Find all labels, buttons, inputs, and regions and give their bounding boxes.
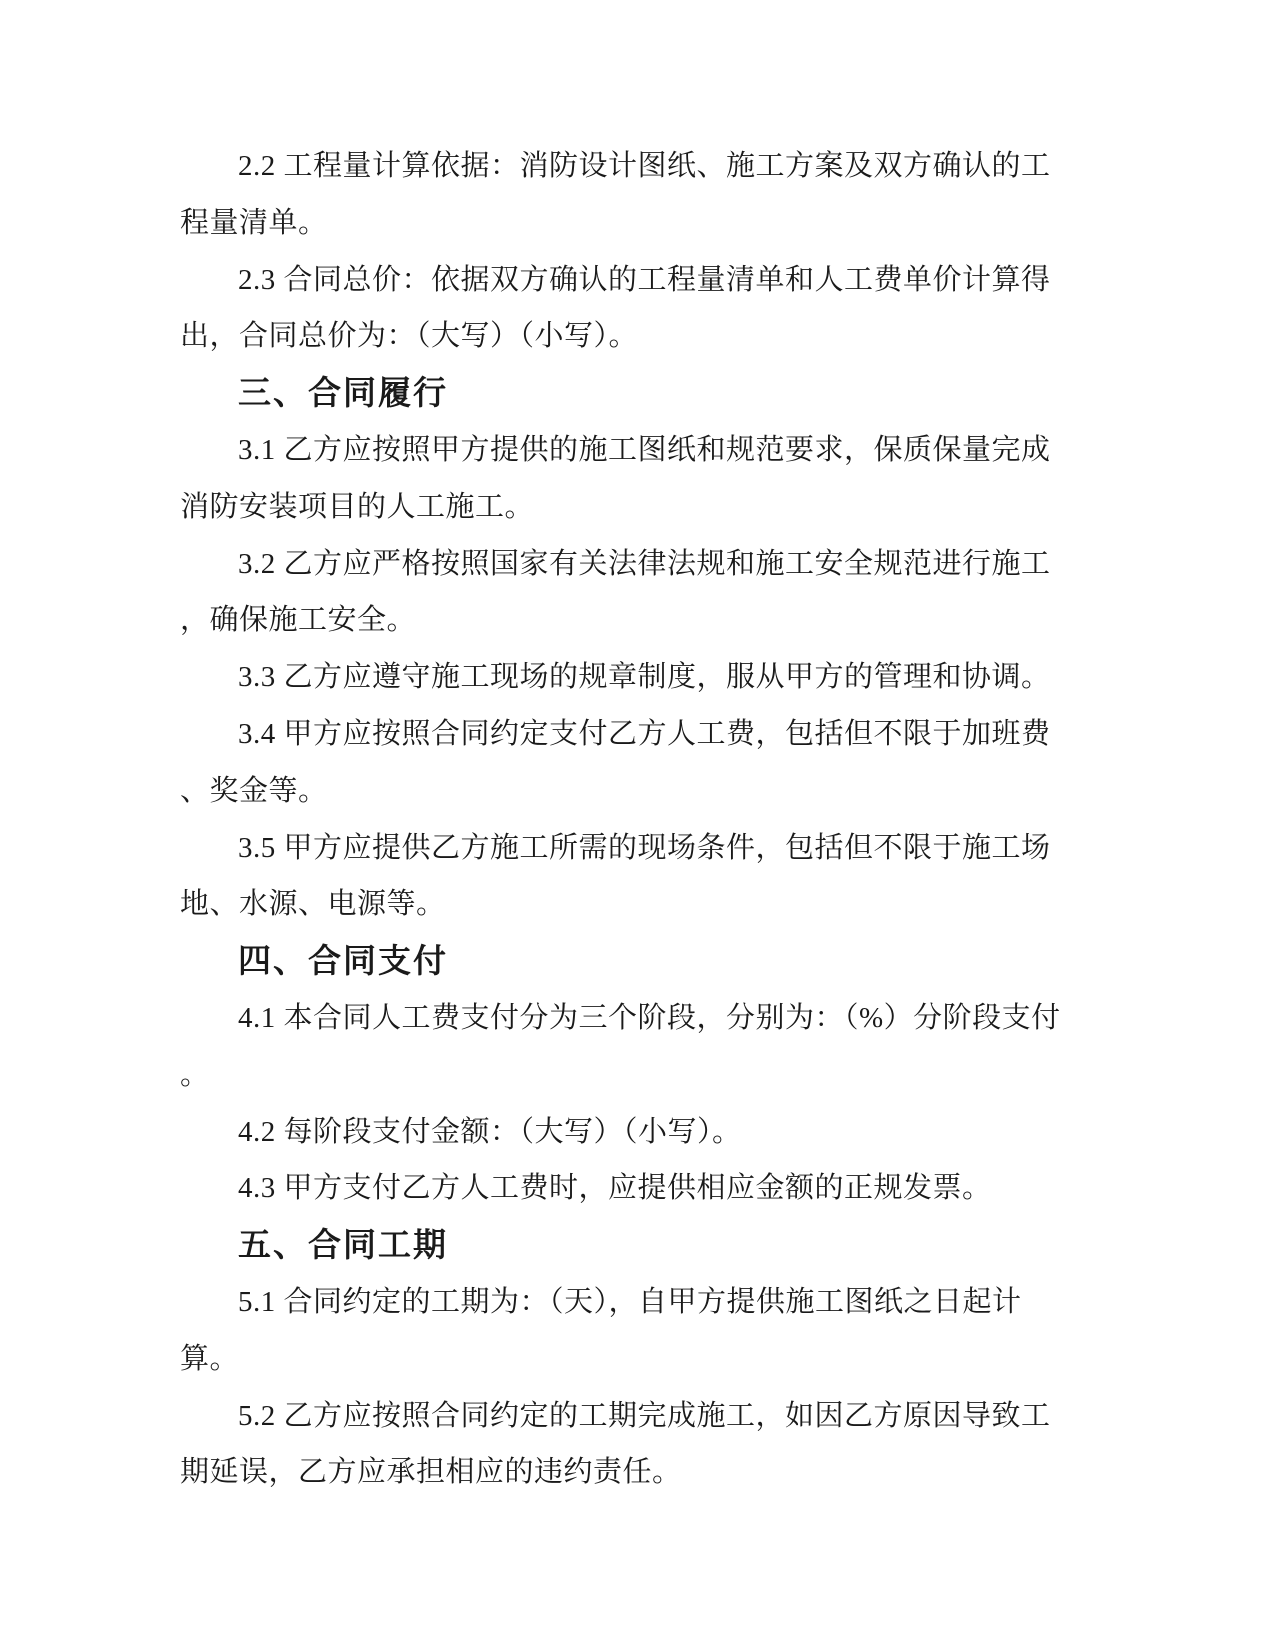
contract-line: 消防安装项目的人工施工。 [180,479,1275,536]
contract-line: 3.2 乙方应严格按照国家有关法律法规和施工安全规范进行施工 [180,536,1275,593]
section-heading: 三、合同履行 [180,365,1275,422]
contract-line: 程量清单。 [180,195,1275,252]
contract-line: 4.1 本合同人工费支付分为三个阶段，分别为：（%）分阶段支付 [180,990,1275,1047]
contract-line: 4.2 每阶段支付金额：（大写）（小写）。 [180,1104,1275,1161]
contract-line: ，确保施工安全。 [180,592,1275,649]
contract-line: 2.2 工程量计算依据：消防设计图纸、施工方案及双方确认的工 [180,138,1275,195]
contract-line: 3.4 甲方应按照合同约定支付乙方人工费，包括但不限于加班费 [180,706,1275,763]
contract-line: 3.5 甲方应提供乙方施工所需的现场条件，包括但不限于施工场 [180,820,1275,877]
contract-line: 出，合同总价为：（大写）（小写）。 [180,308,1275,365]
section-heading: 四、合同支付 [180,933,1275,990]
contract-line: 期延误，乙方应承担相应的违约责任。 [180,1444,1275,1501]
contract-line: 地、水源、电源等。 [180,876,1275,933]
contract-line: 5.2 乙方应按照合同约定的工期完成施工，如因乙方原因导致工 [180,1388,1275,1445]
contract-line: 3.3 乙方应遵守施工现场的规章制度，服从甲方的管理和协调。 [180,649,1275,706]
contract-line: 。 [180,1047,1275,1104]
contract-text-block: 2.2 工程量计算依据：消防设计图纸、施工方案及双方确认的工程量清单。2.3 合… [180,138,1275,1501]
contract-line: 算。 [180,1331,1275,1388]
contract-page: 2.2 工程量计算依据：消防设计图纸、施工方案及双方确认的工程量清单。2.3 合… [0,0,1275,1650]
section-heading: 五、合同工期 [180,1217,1275,1274]
contract-line: 3.1 乙方应按照甲方提供的施工图纸和规范要求，保质保量完成 [180,422,1275,479]
contract-line: 、奖金等。 [180,763,1275,820]
contract-line: 4.3 甲方支付乙方人工费时，应提供相应金额的正规发票。 [180,1160,1275,1217]
contract-line: 5.1 合同约定的工期为：（天），自甲方提供施工图纸之日起计 [180,1274,1275,1331]
contract-line: 2.3 合同总价：依据双方确认的工程量清单和人工费单价计算得 [180,252,1275,309]
